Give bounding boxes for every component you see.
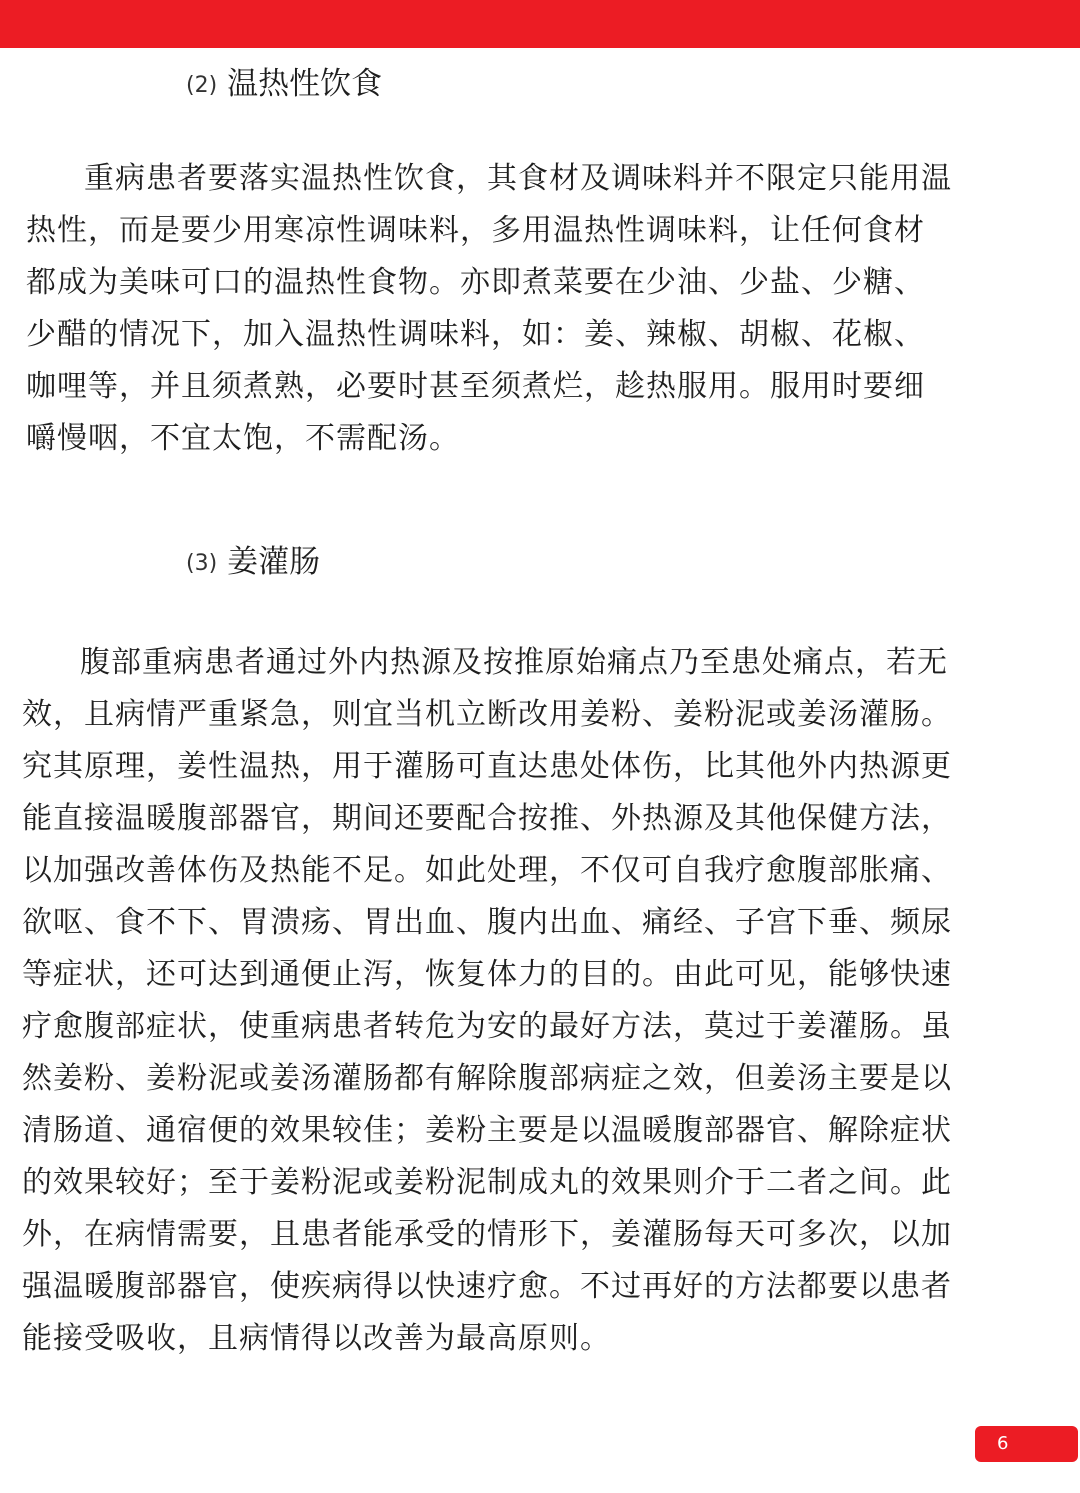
text-line: 嚼慢咽，不宜太饱，不需配汤。 <box>26 413 952 465</box>
text-line: 能接受吸收，且病情得以改善为最高原则。 <box>22 1313 952 1365</box>
text-line: 腹部重病患者通过外内热源及按推原始痛点乃至患处痛点，若无 <box>22 637 952 689</box>
page-number-badge: 6 <box>975 1426 1078 1462</box>
text-line: 的效果较好；至于姜粉泥或姜粉泥制成丸的效果则介于二者之间。此 <box>22 1157 952 1209</box>
page-number: 6 <box>997 1433 1008 1454</box>
text-line: 能直接温暖腹部器官，期间还要配合按推、外热源及其他保健方法， <box>22 793 952 845</box>
text-line: 以加强改善体伤及热能不足。如此处理，不仅可自我疗愈腹部胀痛、 <box>22 845 952 897</box>
paragraph-ginger-enema: 腹部重病患者通过外内热源及按推原始痛点乃至患处痛点，若无 效，且病情严重紧急，则… <box>22 637 952 1365</box>
text-line: 欲呕、食不下、胃溃疡、胃出血、腹内出血、痛经、子宫下垂、频尿 <box>22 897 952 949</box>
section-heading-3: (3)姜灌肠 <box>186 542 320 586</box>
text-line: 清肠道、通宿便的效果较佳；姜粉主要是以温暖腹部器官、解除症状 <box>22 1105 952 1157</box>
section-heading-2: (2)温热性饮食 <box>186 64 382 108</box>
section-number: (2) <box>186 73 217 98</box>
text-line: 少醋的情况下，加入温热性调味料，如：姜、辣椒、胡椒、花椒、 <box>26 309 952 361</box>
paragraph-warm-diet: 重病患者要落实温热性饮食，其食材及调味料并不限定只能用温 热性，而是要少用寒凉性… <box>26 153 952 465</box>
text-line: 强温暖腹部器官，使疾病得以快速疗愈。不过再好的方法都要以患者 <box>22 1261 952 1313</box>
section-title: 温热性饮食 <box>227 66 382 102</box>
text-line: 等症状，还可达到通便止泻，恢复体力的目的。由此可见，能够快速 <box>22 949 952 1001</box>
section-number: (3) <box>186 551 217 576</box>
header-red-bar <box>0 0 1080 48</box>
text-line: 效，且病情严重紧急，则宜当机立断改用姜粉、姜粉泥或姜汤灌肠。 <box>22 689 952 741</box>
text-line: 重病患者要落实温热性饮食，其食材及调味料并不限定只能用温 <box>26 153 952 205</box>
text-line: 咖哩等，并且须煮熟，必要时甚至须煮烂，趁热服用。服用时要细 <box>26 361 952 413</box>
section-title: 姜灌肠 <box>227 544 320 580</box>
text-line: 然姜粉、姜粉泥或姜汤灌肠都有解除腹部病症之效，但姜汤主要是以 <box>22 1053 952 1105</box>
text-line: 究其原理，姜性温热，用于灌肠可直达患处体伤，比其他外内热源更 <box>22 741 952 793</box>
text-line: 外，在病情需要，且患者能承受的情形下，姜灌肠每天可多次，以加 <box>22 1209 952 1261</box>
text-line: 热性，而是要少用寒凉性调味料，多用温热性调味料，让任何食材 <box>26 205 952 257</box>
text-line: 疗愈腹部症状，使重病患者转危为安的最好方法，莫过于姜灌肠。虽 <box>22 1001 952 1053</box>
text-line: 都成为美味可口的温热性食物。亦即煮菜要在少油、少盐、少糖、 <box>26 257 952 309</box>
